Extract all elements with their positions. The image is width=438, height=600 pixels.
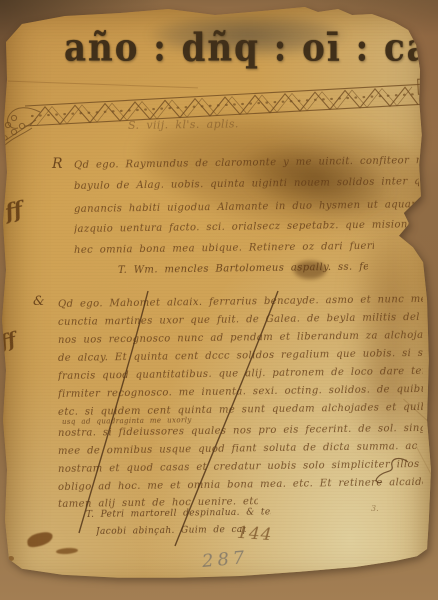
manuscript-line: cunctia martines uxor que fuit. de Galea…	[58, 312, 423, 328]
interline-insertion: usq ad quadraginta me uxorly	[62, 416, 202, 426]
manuscript-line: obligo ad hoc. me et omnia bona mea. etc…	[58, 477, 423, 493]
scroll-flourish-icon	[2, 108, 40, 148]
manuscript-line: mee de omnibus usque quod fiant soluta d…	[58, 441, 423, 457]
manuscript-line: jazquio uentura facto. sci. orialsecz se…	[74, 219, 419, 235]
dateline-text: S. viij. kl's. aplis.	[128, 116, 318, 132]
ink-blot-small	[56, 547, 78, 555]
paper-crease	[8, 81, 198, 89]
manuscript-line: bayulo de Alag. uobis. quinta uiginti no…	[74, 176, 419, 192]
witness-line: T. Wm. mencles Bartolomeus aspally. ss. …	[118, 262, 368, 276]
manuscript-line: hec omnia bona mea ubique. Retinere oz d…	[74, 241, 374, 256]
top-edge-smudge-stain	[150, 13, 345, 57]
manuscript-photo: { "manuscript": { "header": { "text": "a…	[0, 0, 438, 600]
manuscript-line: tamen alij sunt de hoc uenire. etc.	[58, 496, 258, 510]
margin-flourish-mark: ff	[0, 328, 18, 353]
zigzag-border-ornament	[0, 68, 438, 148]
right-edge-stain	[352, 212, 430, 397]
pen-flourish-squiggle	[376, 459, 408, 483]
margin-flourish-mark: ff	[3, 196, 25, 224]
manuscript-line: ganancis habiti uigodua Alamante in duo …	[74, 199, 419, 215]
folio-number-ink: 144	[236, 523, 273, 545]
manuscript-line: de alcay. Et quinta cent dccc solidos re…	[58, 348, 423, 364]
margin-number: 3.	[371, 504, 379, 513]
parchment-page: año : dñq : oī : ca : p̃mo	[0, 0, 438, 600]
large-water-stain	[133, 98, 438, 242]
manuscript-line: francis quod quantitatibus. que alij. pa…	[58, 366, 423, 382]
manuscript-line: etc. si quidem cent quinta me sunt queda…	[58, 402, 423, 418]
paper-crease	[403, 399, 438, 439]
right-lower-stain	[348, 328, 430, 453]
manuscript-line: firmiter recognosco. me inuenta. sexi. o…	[58, 384, 423, 400]
manuscript-line: Qd ego. Raymundus de claromonte y me uin…	[74, 155, 419, 171]
manuscript-line: nostram et quod casas et credatur uobis …	[58, 459, 423, 475]
paper-crease	[415, 445, 438, 491]
dark-stain-core	[233, 130, 398, 228]
mid-ink-blotch	[294, 261, 326, 279]
manuscript-line: Qd ego. Mahomet alcaix. ferrarius bencay…	[58, 294, 423, 310]
parchment-sheet: año : dñq : oī : ca : p̃mo	[0, 0, 438, 600]
margin-paraph-mark: R	[52, 156, 63, 172]
page-title-calligraphy: año : dñq : oī : ca : p̃mo	[64, 26, 424, 91]
ink-spot	[8, 556, 14, 561]
ink-blot-large	[26, 531, 54, 548]
attestation-line: Jacobi abinçah. Guim de capellan.	[96, 525, 246, 537]
attestation-line: T. Petri martorell despinalua. & testes.	[86, 507, 271, 520]
manuscript-line: nostra. si fideiussores quales nos pro e…	[58, 423, 423, 439]
folio-number-pencil: 287	[201, 547, 249, 572]
cancellation-strokes	[0, 0, 438, 600]
manuscript-line: nos uos recognosco nunc ad pendam et lib…	[58, 330, 423, 346]
margin-paraph-mark: &	[33, 294, 45, 309]
